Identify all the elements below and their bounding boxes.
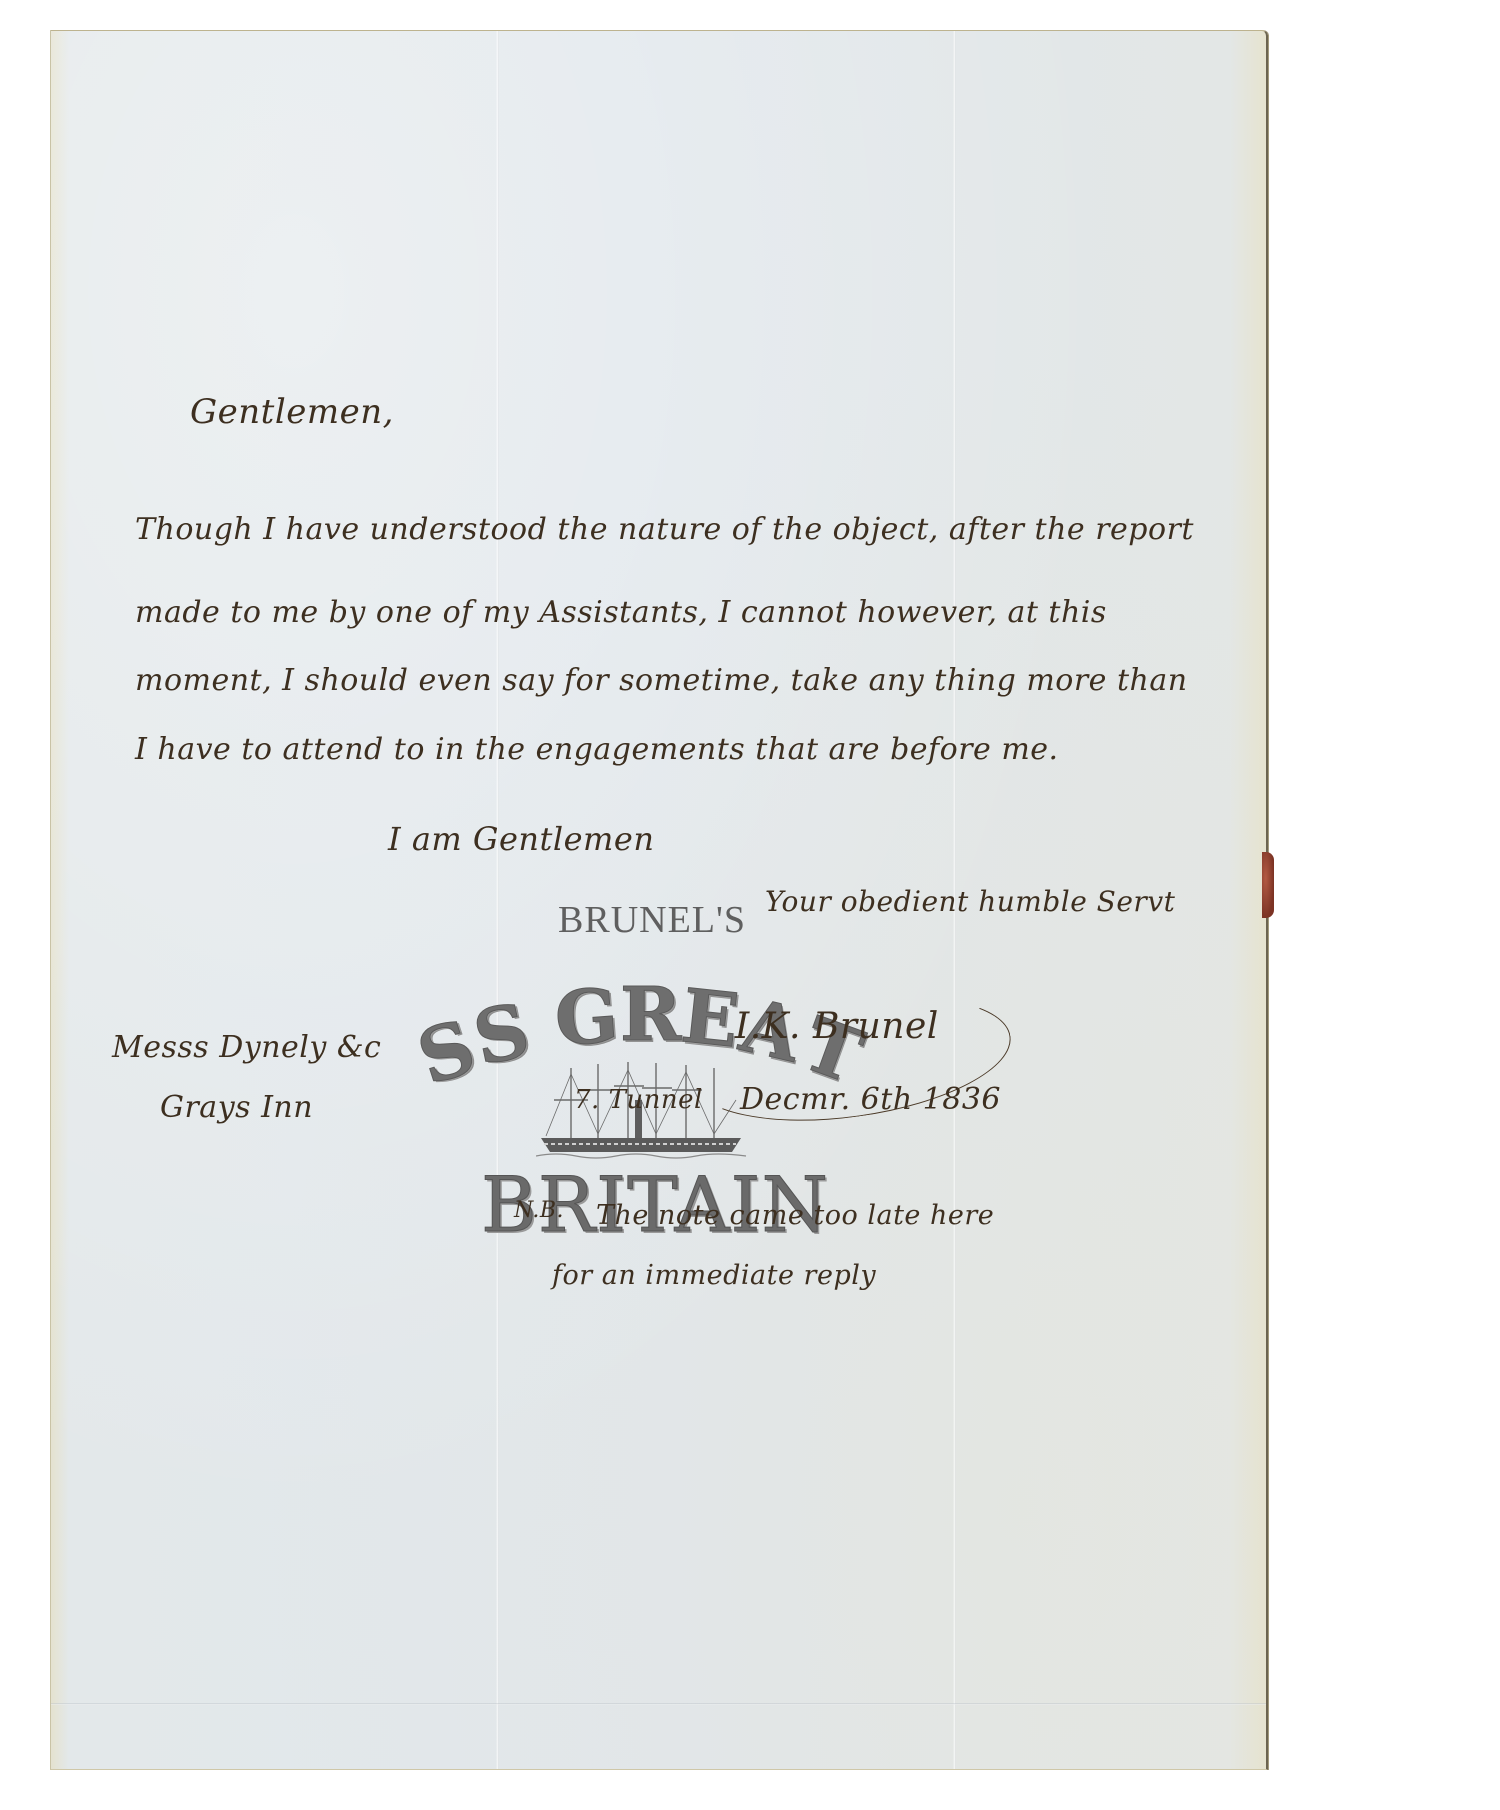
body-line: moment, I should even say for sometime, …	[135, 663, 1188, 698]
body-line: made to me by one of my Assistants, I ca…	[135, 595, 1107, 630]
salutation: Gentlemen,	[190, 392, 394, 432]
letter-date: Decmr. 6th 1836	[740, 1082, 1001, 1117]
postscript-line: for an immediate reply	[552, 1260, 876, 1291]
watermark-brunels: BRUNEL'S	[558, 898, 746, 942]
postscript-line: The note came too late here	[596, 1200, 994, 1231]
fold-crease-vertical	[496, 31, 499, 1769]
recipient-address: Grays Inn	[160, 1090, 313, 1125]
watermark-brunels-text: BRUNEL'S	[558, 899, 746, 941]
wax-seal-remnant	[1262, 852, 1274, 918]
body-line: I have to attend to in the engagements t…	[135, 732, 1059, 767]
watermark-letter: R	[620, 972, 682, 1058]
closing: I am Gentlemen	[388, 820, 654, 858]
valediction: Your obedient humble Servt	[765, 885, 1175, 918]
sender-address: 7. Tunnel	[574, 1085, 703, 1115]
body-line: Though I have understood the nature of t…	[135, 512, 1194, 547]
postscript-marker: N.B.	[514, 1198, 564, 1223]
signature: I.K. Brunel	[735, 1006, 939, 1047]
watermark-letter: G	[552, 973, 621, 1063]
recipient-name: Messs Dynely &c	[112, 1030, 381, 1065]
fold-crease-horizontal	[51, 1703, 1266, 1705]
